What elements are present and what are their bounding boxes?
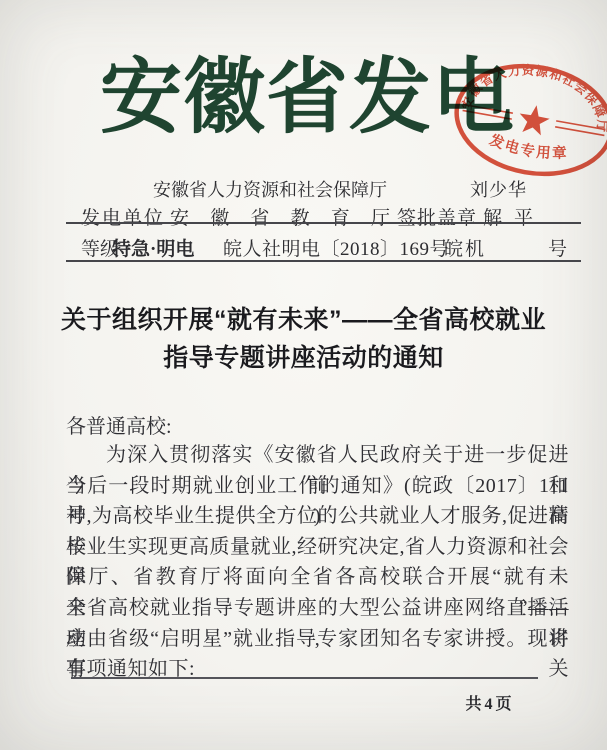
document-title: 关于组织开展“就有未来”——全省高校就业 指导专题讲座活动的通知 [0, 301, 607, 377]
grade-value: 特急·明电 [112, 234, 194, 261]
document-title-line1: 关于组织开展“就有未来”——全省高校就业 [0, 301, 607, 339]
document-page: 安徽省发电 安徽省人力资源和社会保障厅 发电专用章 安徽省人力资 [0, 0, 607, 750]
header-divider-top [66, 222, 581, 224]
body-line: 为深入贯彻落实《安徽省人民政府关于进一步促进当前和 [66, 440, 569, 471]
body-paragraph: 为深入贯彻落实《安徽省人民政府关于进一步促进当前和 今后一段时期就业创业工作的通… [66, 440, 569, 685]
official-seal: 安徽省人力资源和社会保障厅 发电专用章 [448, 48, 607, 194]
footer-divider [71, 677, 538, 679]
signer-name-2: 解平 [483, 203, 533, 230]
signature-seal-label: 签批盖章 [397, 203, 477, 230]
seal-label: 发电专用章 [485, 129, 572, 166]
page-count: 共4页 [452, 691, 528, 714]
seal-graphic: 安徽省人力资源和社会保障厅 发电专用章 [448, 48, 607, 194]
salutation: 各普通高校: [66, 410, 172, 439]
document-title-line2: 指导专题讲座活动的通知 [0, 339, 607, 377]
body-line: 毕业生实现更高质量就业,经研究决定,省人力资源和社会保 [66, 532, 569, 563]
issuing-unit-line2: 安徽省教育厅 [170, 203, 390, 230]
number-suffix: 号 [548, 234, 567, 261]
svg-text:发电专用章: 发电专用章 [485, 129, 572, 166]
body-line: 全省高校就业指导专题讲座的大型公益讲座网络直播活动,讲 [66, 593, 569, 624]
issuing-unit-line1: 安徽省人力资源和社会保障厅 [153, 176, 387, 202]
signer-name-1: 刘少华 [470, 176, 527, 202]
machine-ref-label: 皖机 [444, 234, 486, 261]
header-divider-bottom [66, 260, 581, 262]
body-line: 座由省级“启明星”就业指导专家团知名专家讲授。现将有关 [66, 624, 569, 655]
body-line: 神,为高校毕业生提供全方位的公共就业人才服务,促进高校 [66, 501, 569, 532]
body-line: 障厅、省教育厅将面向全省各高校联合开展“就有未来”—— [66, 562, 569, 593]
seal-star-icon [517, 103, 552, 137]
dispatch-unit-label: 发电单位 [81, 203, 165, 230]
body-line: 今后一段时期就业创业工作的通知》(皖政〔2017〕111号)精 [66, 471, 569, 502]
document-number: 皖人社明电〔2018〕169号 [223, 234, 449, 261]
